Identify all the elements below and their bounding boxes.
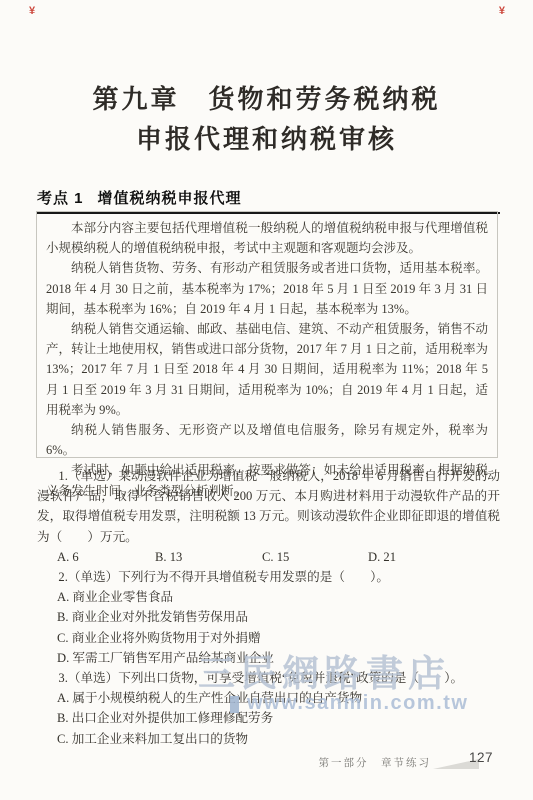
- question-3: 3.（单选）下列出口货物，可享受增值税“免税并退税”政策的是（ ）。 A. 属于…: [37, 668, 500, 749]
- question-2-stem: 2.（单选）下列行为不得开具增值税专用发票的是（ ）。: [37, 567, 500, 587]
- summary-paragraph-2: 纳税人销售货物、劳务、有形动产租赁服务或者进口货物，适用基本税率。2018 年 …: [46, 258, 488, 319]
- chapter-title: 第九章 货物和劳务税纳税 申报代理和纳税审核: [0, 80, 533, 160]
- red-seal-mark-left-icon: ¥: [29, 5, 35, 17]
- question-3-option-c: C. 加工企业来料加工复出口的货物: [37, 729, 500, 749]
- question-1-option-a: A. 6: [57, 547, 155, 567]
- question-3-option-a: A. 属于小规模纳税人的生产性企业自营出口的自产货物: [37, 688, 500, 708]
- page-number-block: 127: [447, 750, 493, 770]
- exam-point-title: 增值税纳税申报代理: [98, 190, 242, 207]
- question-2-option-b: B. 商业企业对外批发销售劳保用品: [37, 607, 500, 627]
- summary-paragraph-3: 纳税人销售交通运输、邮政、基础电信、建筑、不动产租赁服务，销售不动产，转让土地使…: [46, 319, 488, 420]
- red-seal-mark-right-icon: ¥: [499, 5, 505, 17]
- summary-paragraph-4: 纳税人销售服务、无形资产以及增值电信服务，除另有规定外，税率为 6%。: [46, 420, 488, 460]
- question-1: 1.（单选）某动漫软件企业为增值税一般纳税人，2018 年 6 月销售自行开发的…: [37, 466, 500, 567]
- page-number: 127: [469, 750, 493, 765]
- exam-point-label: 考点 1: [37, 190, 84, 207]
- question-3-stem: 3.（单选）下列出口货物，可享受增值税“免税并退税”政策的是（ ）。: [37, 668, 500, 688]
- exam-point-header: 考点 1增值税纳税申报代理: [37, 187, 500, 214]
- book-page: ¥ ¥ 第九章 货物和劳务税纳税 申报代理和纳税审核 考点 1增值税纳税申报代理…: [0, 0, 533, 800]
- key-point-summary-box: 本部分内容主要包括代理增值税一般纳税人的增值税纳税申报与代理增值税小规模纳税人的…: [36, 211, 498, 458]
- page-footer: 第一部分 章节练习 127: [319, 750, 494, 770]
- summary-paragraph-1: 本部分内容主要包括代理增值税一般纳税人的增值税纳税申报与代理增值税小规模纳税人的…: [46, 218, 488, 258]
- footer-section-label: 第一部分 章节练习: [319, 755, 432, 770]
- question-1-option-b: B. 13: [155, 547, 262, 567]
- question-2-option-c: C. 商业企业将外购货物用于对外捐赠: [37, 628, 500, 648]
- question-2-option-d: D. 军需工厂销售军用产品给某商业企业: [37, 648, 500, 668]
- question-1-option-c: C. 15: [262, 547, 368, 567]
- chapter-title-line2: 申报代理和纳税审核: [0, 120, 533, 160]
- question-3-option-b: B. 出口企业对外提供加工修理修配劳务: [37, 708, 500, 728]
- question-1-options: A. 6 B. 13 C. 15 D. 21: [37, 547, 500, 567]
- question-1-stem: 1.（单选）某动漫软件企业为增值税一般纳税人，2018 年 6 月销售自行开发的…: [37, 466, 500, 547]
- question-1-option-d: D. 21: [368, 547, 396, 567]
- practice-questions: 1.（单选）某动漫软件企业为增值税一般纳税人，2018 年 6 月销售自行开发的…: [37, 466, 500, 749]
- chapter-title-line1: 第九章 货物和劳务税纳税: [0, 80, 533, 120]
- question-2: 2.（单选）下列行为不得开具增值税专用发票的是（ ）。 A. 商业企业零售食品 …: [37, 567, 500, 668]
- question-2-option-a: A. 商业企业零售食品: [37, 587, 500, 607]
